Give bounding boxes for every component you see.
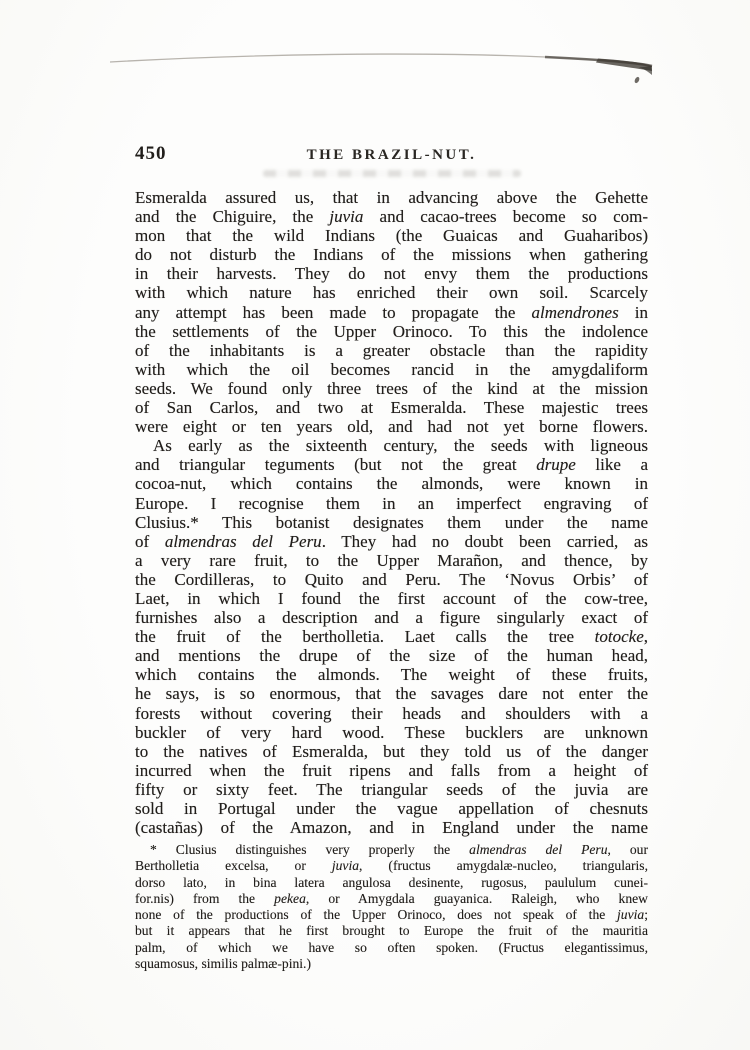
- text-line: fifty or sixty feet. The triangular seed…: [135, 780, 648, 799]
- text-line: mon that the wild Indians (the Guaicas a…: [135, 226, 648, 245]
- text-line: palm, of which we have so often spoken. …: [135, 940, 648, 956]
- running-title: THE BRAZIL-NUT.: [135, 147, 648, 164]
- body-text: Esmeralda assured us, that in advancing …: [135, 188, 648, 837]
- text-line: and the Chiguire, the juvia and cacao-tr…: [135, 207, 648, 226]
- book-page-scan: 450 THE BRAZIL-NUT. Esmeralda assured us…: [0, 0, 750, 1050]
- text-line: of almendras del Peru. They had no doubt…: [135, 532, 648, 551]
- text-line: Esmeralda assured us, that in advancing …: [135, 188, 648, 207]
- text-line: dorso lato, in bina latera angulosa desi…: [135, 875, 648, 891]
- text-line: * Clusius distinguishes very properly th…: [135, 842, 648, 858]
- page-curl-shadow: [0, 0, 750, 120]
- text-line: he says, is so enormous, that the savage…: [135, 684, 648, 703]
- text-line: do not disturb the Indians of the missio…: [135, 245, 648, 264]
- text-line: Clusius.* This botanist designates them …: [135, 513, 648, 532]
- text-line: of San Carlos, and two at Esmeralda. The…: [135, 398, 648, 417]
- bleed-through-smudge: [263, 170, 521, 177]
- text-line: squamosus, similis palmæ-pini.): [135, 956, 648, 972]
- text-line: seeds. We found only three trees of the …: [135, 379, 648, 398]
- text-line: were eight or ten years old, and had not…: [135, 417, 648, 436]
- text-line: Bertholletia excelsa, or juvia, (fructus…: [135, 858, 648, 874]
- text-line: As early as the sixteenth century, the s…: [135, 436, 648, 455]
- text-line: the settlements of the Upper Orinoco. To…: [135, 322, 648, 341]
- text-line: Europe. I recognise them in an imperfect…: [135, 494, 648, 513]
- text-line: (castañas) of the Amazon, and in England…: [135, 818, 648, 837]
- paragraph: Esmeralda assured us, that in advancing …: [135, 188, 648, 436]
- text-line: to the natives of Esmeralda, but they to…: [135, 742, 648, 761]
- text-line: a very rare fruit, to the Upper Marañon,…: [135, 551, 648, 570]
- text-line: the fruit of the bertholletia. Laet call…: [135, 627, 648, 646]
- text-line: the Cordilleras, to Quito and Peru. The …: [135, 570, 648, 589]
- text-line: forests without covering their heads and…: [135, 704, 648, 723]
- text-line: with which nature has enriched their own…: [135, 283, 648, 302]
- text-line: buckler of very hard wood. These buckler…: [135, 723, 648, 742]
- text-line: and triangular teguments (but not the gr…: [135, 455, 648, 474]
- text-line: sold in Portugal under the vague appella…: [135, 799, 648, 818]
- text-line: and mentions the drupe of the size of th…: [135, 646, 648, 665]
- text-line: Laet, in which I found the first account…: [135, 589, 648, 608]
- text-line: any attempt has been made to propagate t…: [135, 303, 648, 322]
- text-line: furnishes also a description and a figur…: [135, 608, 648, 627]
- text-line: which contains the almonds. The weight o…: [135, 665, 648, 684]
- text-line: of the inhabitants is a greater obstacle…: [135, 341, 648, 360]
- text-line: none of the productions of the Upper Ori…: [135, 907, 648, 923]
- paragraph: * Clusius distinguishes very properly th…: [135, 842, 648, 972]
- text-line: cocoa-nut, which contains the almonds, w…: [135, 474, 648, 493]
- text-line: but it appears that he first brought to …: [135, 923, 648, 939]
- text-line: incurred when the fruit ripens and falls…: [135, 761, 648, 780]
- text-line: for.nis) from the pekea, or Amygdala gua…: [135, 891, 648, 907]
- text-line: in their harvests. They do not envy them…: [135, 264, 648, 283]
- paragraph: As early as the sixteenth century, the s…: [135, 436, 648, 837]
- footnote: * Clusius distinguishes very properly th…: [135, 842, 648, 972]
- text-line: with which the oil becomes rancid in the…: [135, 360, 648, 379]
